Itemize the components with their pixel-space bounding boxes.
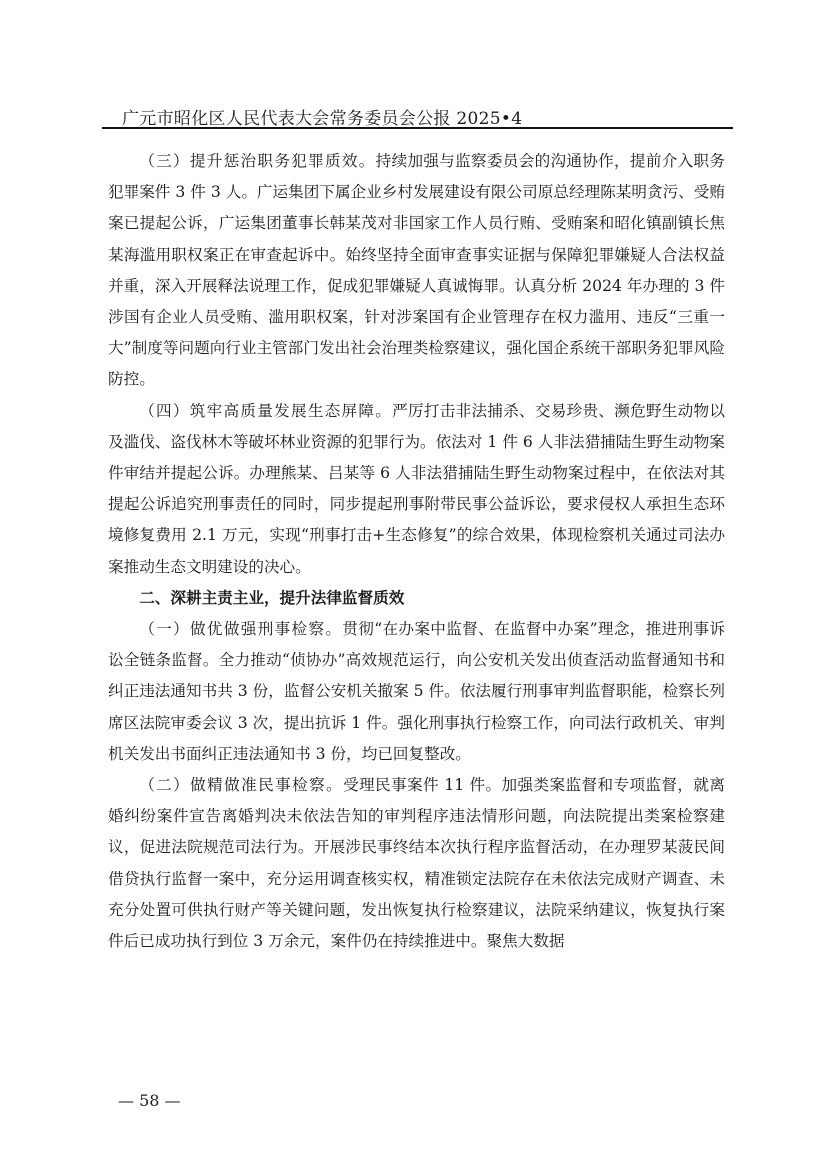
paragraph-text: 受理民事案件 11 件。加强类案监督和专项监督，就离婚纠纷案件宣告离婚判决未依法… — [108, 776, 725, 950]
paragraph-lead: （三）提升惩治职务犯罪质效。 — [139, 152, 375, 170]
paragraph-criminal-procuratorial: （一）做优做强刑事检察。贯彻“在办案中监督、在监督中办案”理念，推进刑事诉讼全链… — [108, 614, 725, 770]
paragraph-text: 持续加强与监察委员会的沟通协作，提前介入职务犯罪案件 3 件 3 人。广运集团下… — [108, 152, 725, 388]
paragraph-punish-duty-crime: （三）提升惩治职务犯罪质效。持续加强与监察委员会的沟通协作，提前介入职务犯罪案件… — [108, 146, 725, 396]
paragraph-lead: （一）做优做强刑事检察。 — [139, 620, 342, 638]
document-body: （三）提升惩治职务犯罪质效。持续加强与监察委员会的沟通协作，提前介入职务犯罪案件… — [108, 146, 725, 957]
section-heading: 二、深耕主责主业，提升法律监督质效 — [108, 583, 725, 614]
paragraph-text: 贯彻“在办案中监督、在监督中办案”理念，推进刑事诉讼全链条监督。全力推动“侦协办… — [108, 620, 725, 763]
paragraph-lead: （二）做精做准民事检察。 — [139, 776, 343, 794]
paragraph-lead: （四）筑牢高质量发展生态屏障。 — [139, 402, 392, 420]
paragraph-text: 严厉打击非法捕杀、交易珍贵、濒危野生动物以及滥伐、盗伐林木等破坏林业资源的犯罪行… — [108, 402, 725, 576]
paragraph-ecological-barrier: （四）筑牢高质量发展生态屏障。严厉打击非法捕杀、交易珍贵、濒危野生动物以及滥伐、… — [108, 396, 725, 583]
header-divider — [102, 127, 733, 129]
paragraph-civil-procuratorial: （二）做精做准民事检察。受理民事案件 11 件。加强类案监督和专项监督，就离婚纠… — [108, 770, 725, 957]
page-number: — 58 — — [118, 1091, 181, 1110]
bulletin-title: 广元市昭化区人民代表大会常务委员会公报 2025•4 — [122, 104, 522, 129]
